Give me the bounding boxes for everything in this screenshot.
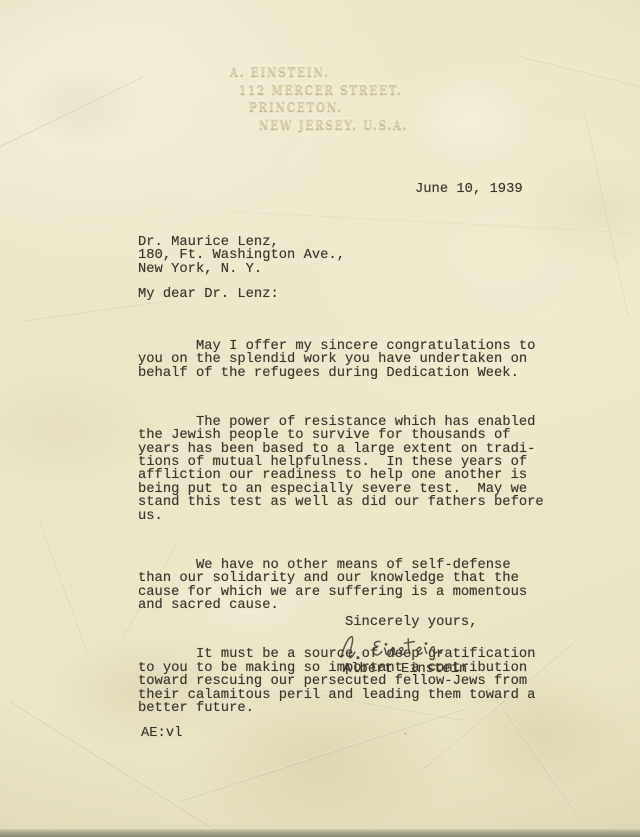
paper-crease — [584, 111, 630, 317]
date-line: June 10, 1939 — [415, 183, 523, 196]
salutation: My dear Dr. Lenz: — [138, 288, 279, 301]
paper-crease — [230, 210, 630, 233]
paragraph-2: The power of resistance which has enable… — [138, 416, 558, 523]
handwritten-signature — [333, 626, 474, 667]
embossed-letterhead: A. EINSTEIN. 112 MERCER STREET. PRINCETO… — [230, 64, 450, 134]
reference-initials: AE:vl — [141, 727, 182, 740]
paragraph-1: May I offer my sincere congratulations t… — [138, 340, 558, 380]
paragraph-3: We have no other means of self-defense t… — [138, 559, 558, 613]
letterhead-city: PRINCETON. — [249, 99, 406, 117]
paper-crease — [0, 76, 143, 152]
paper-bottom-edge — [0, 829, 640, 837]
letter-scan: A. EINSTEIN. 112 MERCER STREET. PRINCETO… — [0, 0, 640, 837]
typed-signature-name: Albert Einstein — [343, 663, 467, 676]
letterhead-name: A. EINSTEIN. — [230, 64, 402, 82]
letterhead-state: NEW JERSEY. U.S.A. — [259, 117, 408, 135]
letterhead-street: 112 MERCER STREET. — [239, 82, 404, 100]
paper-crease — [39, 521, 89, 653]
letter-body: May I offer my sincere congratulations t… — [138, 313, 558, 751]
recipient-address: Dr. Maurice Lenz, 180, Ft. Washington Av… — [138, 236, 345, 276]
paper-crease — [520, 55, 640, 88]
